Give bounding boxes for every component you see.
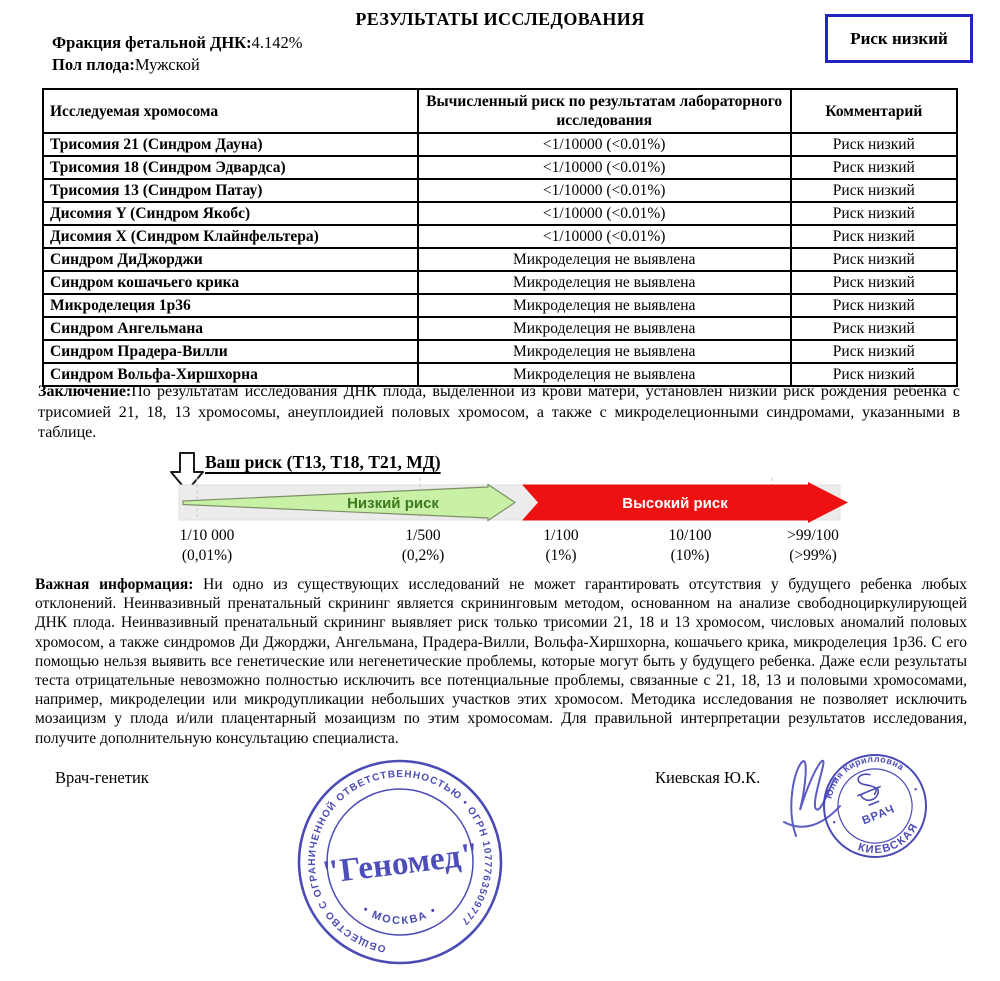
signature bbox=[778, 748, 858, 843]
important-info-label: Важная информация: bbox=[35, 576, 193, 593]
tick-percent: (0,01%) bbox=[142, 546, 272, 566]
cell-chromosome: Трисомия 13 (Синдром Патау) bbox=[43, 179, 418, 202]
tick-percent: (0,2%) bbox=[358, 546, 488, 566]
scale-tick: 1/10 000(0,01%) bbox=[142, 526, 272, 565]
cell-risk: <1/10000 (<0.01%) bbox=[418, 179, 791, 202]
tick-percent: (1%) bbox=[496, 546, 626, 566]
cell-risk: Микроделеция не выявлена bbox=[418, 271, 791, 294]
cell-risk: Микроделеция не выявлена bbox=[418, 248, 791, 271]
cell-risk: <1/10000 (<0.01%) bbox=[418, 156, 791, 179]
conclusion-paragraph: Заключение:По результатам исследования Д… bbox=[38, 382, 960, 444]
fetal-sex-value: Мужской bbox=[135, 55, 200, 74]
stamp-dot: • bbox=[912, 784, 919, 796]
tick-value: 1/100 bbox=[496, 526, 626, 546]
cell-comment: Риск низкий bbox=[791, 225, 957, 248]
table-row: Трисомия 13 (Синдром Патау)<1/10000 (<0.… bbox=[43, 179, 957, 202]
cell-chromosome: Трисомия 18 (Синдром Эдвардса) bbox=[43, 156, 418, 179]
header-comment: Комментарий bbox=[791, 89, 957, 133]
report-page: РЕЗУЛЬТАТЫ ИССЛЕДОВАНИЯ Риск низкий Фрак… bbox=[0, 0, 1000, 981]
doctor-stamp-center-text: ВРАЧ bbox=[861, 803, 897, 827]
table-row: Трисомия 21 (Синдром Дауна)<1/10000 (<0.… bbox=[43, 133, 957, 156]
table-row: Синдром кошачьего крикаМикроделеция не в… bbox=[43, 271, 957, 294]
cell-chromosome: Синдром Прадера-Вилли bbox=[43, 340, 418, 363]
cell-comment: Риск низкий bbox=[791, 340, 957, 363]
tick-value: 10/100 bbox=[625, 526, 755, 546]
cell-chromosome: Микроделеция 1p36 bbox=[43, 294, 418, 317]
cell-comment: Риск низкий bbox=[791, 202, 957, 225]
table-row: Синдром Прадера-ВиллиМикроделеция не выя… bbox=[43, 340, 957, 363]
cell-comment: Риск низкий bbox=[791, 248, 957, 271]
tick-percent: (10%) bbox=[625, 546, 755, 566]
scale-tick: 10/100(10%) bbox=[625, 526, 755, 565]
important-info-paragraph: Важная информация: Ни одно из существующ… bbox=[35, 575, 967, 748]
cell-risk: Микроделеция не выявлена bbox=[418, 317, 791, 340]
scale-tick: 1/100(1%) bbox=[496, 526, 626, 565]
table-row: Дисомия X (Синдром Клайнфельтера)<1/1000… bbox=[43, 225, 957, 248]
cell-chromosome: Дисомия Y (Синдром Якобс) bbox=[43, 202, 418, 225]
risk-badge: Риск низкий bbox=[825, 14, 973, 63]
fetal-fraction-line: Фракция фетальной ДНК:4.142% bbox=[52, 33, 303, 53]
fetal-fraction-value: 4.142% bbox=[252, 33, 303, 52]
risk-badge-label: Риск низкий bbox=[850, 29, 948, 49]
doctor-name: Киевская Ю.К. bbox=[655, 768, 760, 788]
results-table: Исследуемая хромосома Вычисленный риск п… bbox=[42, 88, 958, 387]
cell-comment: Риск низкий bbox=[791, 317, 957, 340]
table-row: Микроделеция 1p36Микроделеция не выявлен… bbox=[43, 294, 957, 317]
stamp-city-text: • МОСКВА • bbox=[360, 904, 439, 927]
your-risk-label: Ваш риск (Т13, Т18, Т21, МД) bbox=[205, 452, 441, 473]
tick-value: >99/100 bbox=[748, 526, 878, 546]
cell-comment: Риск низкий bbox=[791, 156, 957, 179]
cell-comment: Риск низкий bbox=[791, 294, 957, 317]
header-chromosome: Исследуемая хромосома bbox=[43, 89, 418, 133]
risk-scale: Низкий риск Высокий риск bbox=[175, 478, 855, 525]
cell-chromosome: Синдром ДиДжорджи bbox=[43, 248, 418, 271]
cell-chromosome: Синдром кошачьего крика bbox=[43, 271, 418, 294]
header-risk: Вычисленный риск по результатам лаборато… bbox=[418, 89, 791, 133]
tick-value: 1/500 bbox=[358, 526, 488, 546]
doctor-role: Врач-генетик bbox=[55, 768, 149, 788]
important-info-text: Ни одно из существующих исследований не … bbox=[35, 576, 967, 747]
low-risk-label: Низкий риск bbox=[347, 495, 439, 512]
cell-risk: Микроделеция не выявлена bbox=[418, 340, 791, 363]
scale-tick: >99/100(>99%) bbox=[748, 526, 878, 565]
fetal-sex-label: Пол плода: bbox=[52, 55, 135, 74]
cell-risk: <1/10000 (<0.01%) bbox=[418, 225, 791, 248]
fetal-fraction-label: Фракция фетальной ДНК: bbox=[52, 33, 252, 52]
cell-risk: Микроделеция не выявлена bbox=[418, 294, 791, 317]
cell-chromosome: Трисомия 21 (Синдром Дауна) bbox=[43, 133, 418, 156]
stamp-center-text: "Геномед" bbox=[320, 836, 481, 891]
cell-risk: <1/10000 (<0.01%) bbox=[418, 133, 791, 156]
cell-risk: <1/10000 (<0.01%) bbox=[418, 202, 791, 225]
scale-tick: 1/500(0,2%) bbox=[358, 526, 488, 565]
cell-chromosome: Дисомия X (Синдром Клайнфельтера) bbox=[43, 225, 418, 248]
tick-value: 1/10 000 bbox=[142, 526, 272, 546]
cell-comment: Риск низкий bbox=[791, 133, 957, 156]
high-risk-label: Высокий риск bbox=[622, 495, 728, 512]
table-row: Синдром ДиДжорджиМикроделеция не выявлен… bbox=[43, 248, 957, 271]
conclusion-text: По результатам исследования ДНК плода, в… bbox=[38, 383, 960, 441]
tick-percent: (>99%) bbox=[748, 546, 878, 566]
cell-chromosome: Синдром Ангельмана bbox=[43, 317, 418, 340]
cell-comment: Риск низкий bbox=[791, 271, 957, 294]
table-header-row: Исследуемая хромосома Вычисленный риск п… bbox=[43, 89, 957, 133]
table-row: Синдром АнгельманаМикроделеция не выявле… bbox=[43, 317, 957, 340]
table-row: Дисомия Y (Синдром Якобс)<1/10000 (<0.01… bbox=[43, 202, 957, 225]
table-row: Трисомия 18 (Синдром Эдвардса)<1/10000 (… bbox=[43, 156, 957, 179]
cell-comment: Риск низкий bbox=[791, 179, 957, 202]
conclusion-label: Заключение: bbox=[38, 383, 131, 400]
company-stamp: ОБЩЕСТВО С ОГРАНИЧЕННОЙ ОТВЕТСТВЕННОСТЬЮ… bbox=[292, 754, 508, 970]
fetal-sex-line: Пол плода:Мужской bbox=[52, 55, 200, 75]
